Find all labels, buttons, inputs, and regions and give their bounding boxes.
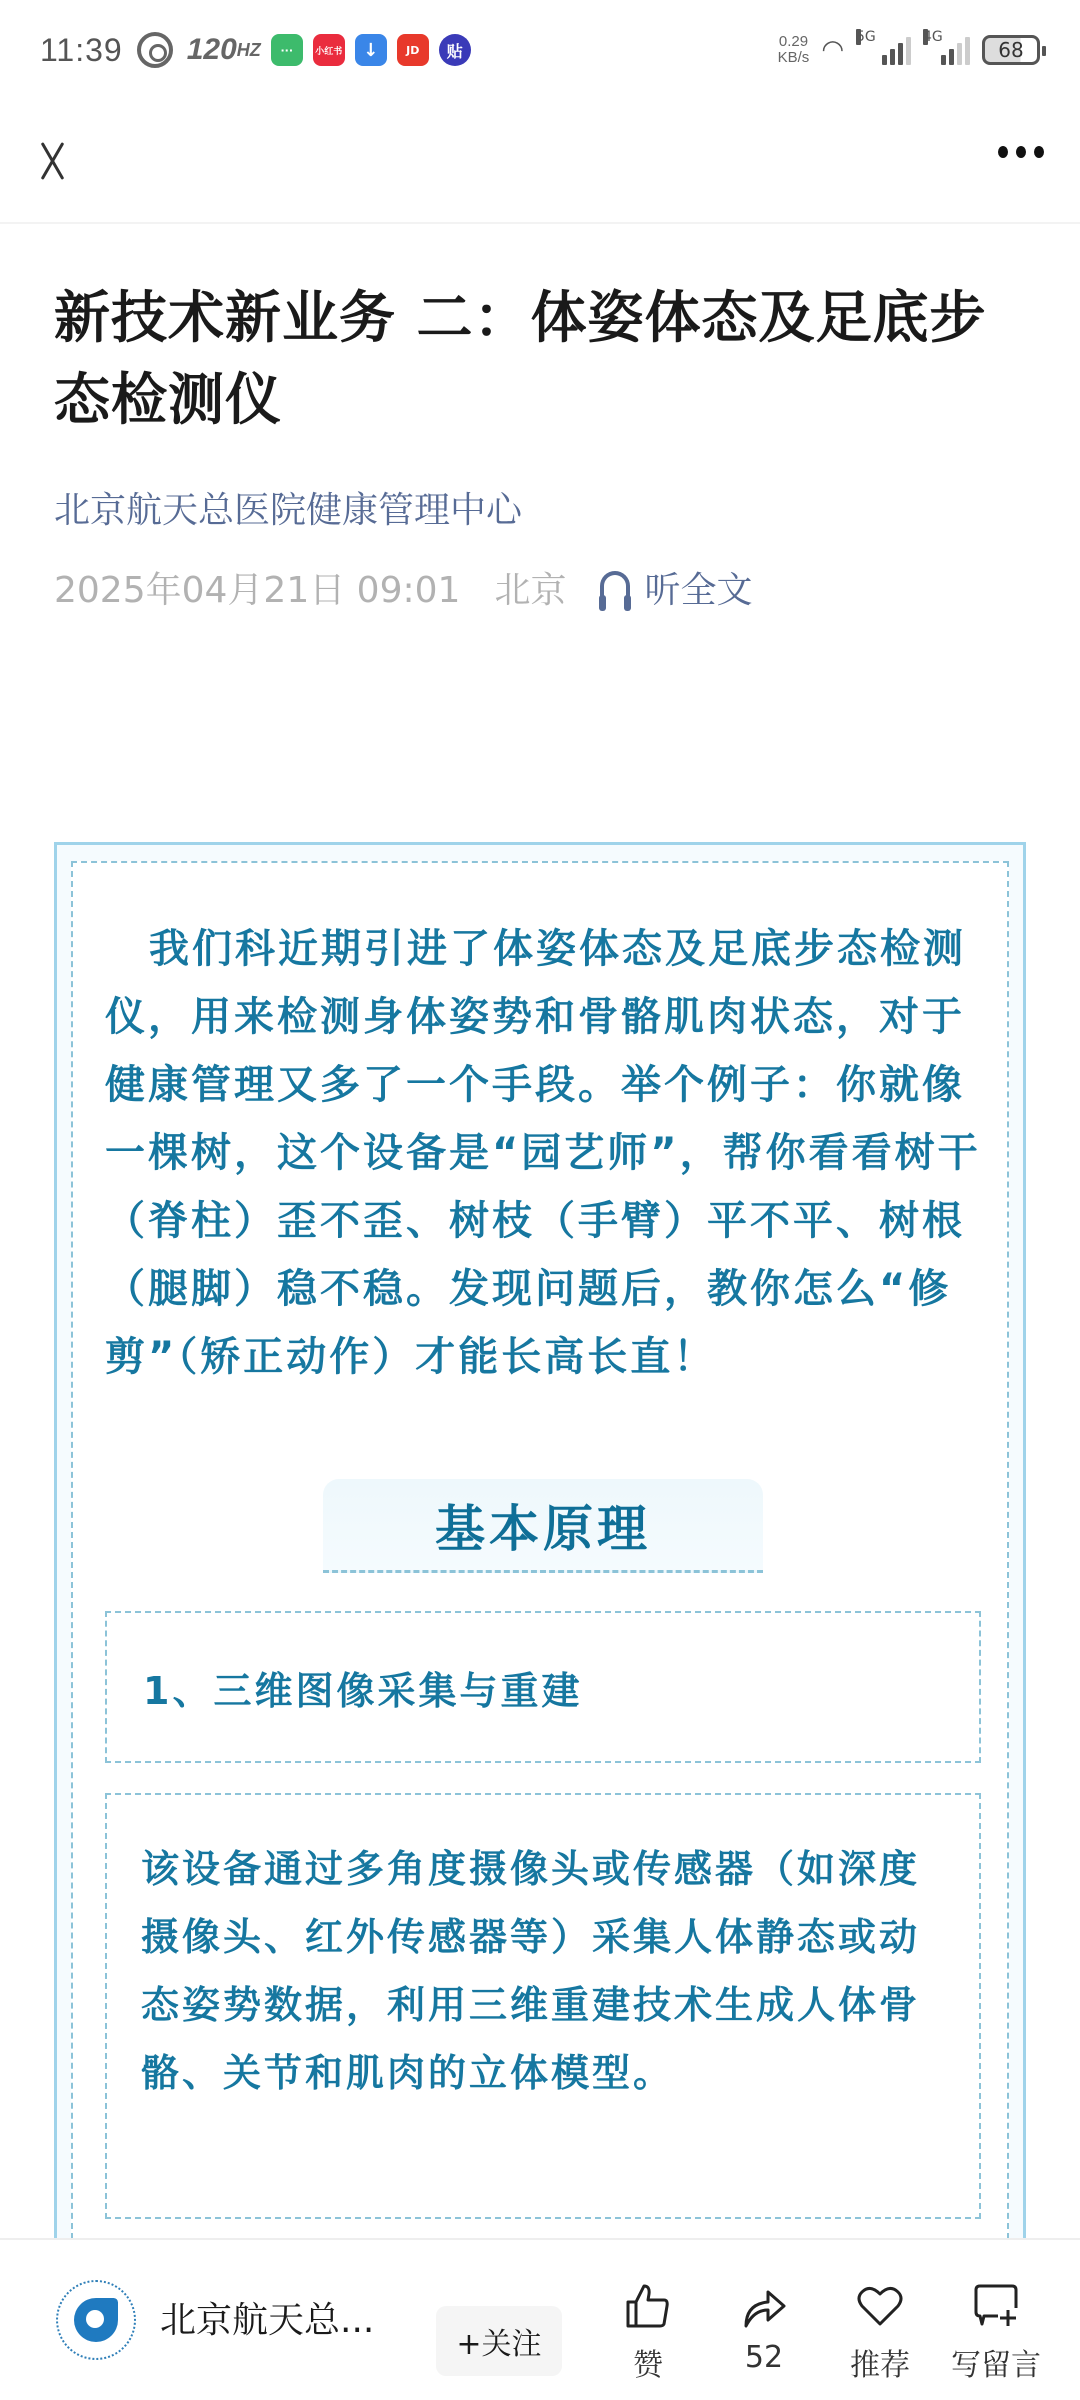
battery-icon: 68 bbox=[982, 35, 1040, 65]
article-meta: 2025年04月21日 09:01 北京 听全文 bbox=[54, 562, 752, 613]
network-speed: 0.29 KB/s bbox=[778, 34, 810, 66]
account-name[interactable]: 北京航天总... bbox=[160, 2292, 374, 2343]
content-card: 我们科近期引进了体姿体态及足底步态检测仪，用来检测身体姿势和骨骼肌肉状态，对于健… bbox=[54, 842, 1026, 2262]
subsection-body: 该设备通过多角度摄像头或传感器（如深度摄像头、红外传感器等）采集人体静态或动态姿… bbox=[105, 1793, 981, 2219]
comment-add-icon bbox=[970, 2280, 1022, 2332]
publish-location: 北京 bbox=[494, 562, 566, 613]
comment-button[interactable]: 写留言 bbox=[938, 2280, 1054, 2384]
xiaohongshu-app-icon: 小红书 bbox=[313, 34, 345, 66]
intro-paragraph: 我们科近期引进了体姿体态及足底步态检测仪，用来检测身体姿势和骨骼肌肉状态，对于健… bbox=[105, 915, 985, 1391]
headphone-icon bbox=[600, 571, 630, 605]
like-button[interactable]: 赞 bbox=[590, 2280, 706, 2384]
download-app-icon: ↓ bbox=[355, 34, 387, 66]
signal-4g-icon: 4G bbox=[923, 35, 970, 65]
subsection-title: 1、三维图像采集与重建 bbox=[105, 1611, 981, 1763]
content-card-inner: 我们科近期引进了体姿体态及足底步态检测仪，用来检测身体姿势和骨骼肌肉状态，对于健… bbox=[71, 861, 1009, 2269]
status-right: 0.29 KB/s ◠ 5G 4G 68 bbox=[778, 0, 1040, 100]
refresh-rate: 120HZ bbox=[187, 33, 261, 67]
fan-icon bbox=[137, 32, 173, 68]
bottom-bar: 北京航天总... +关注 赞 52 推荐 写留言 bbox=[0, 2238, 1080, 2400]
section-title: 基本原理 bbox=[323, 1479, 763, 1573]
article-title: 新技术新业务 二：体姿体态及足底步态检测仪 bbox=[54, 278, 1014, 442]
tieba-app-icon: 贴 bbox=[439, 34, 471, 66]
publish-date: 2025年04月21日 09:01 bbox=[54, 562, 460, 613]
close-icon[interactable] bbox=[30, 138, 76, 184]
action-bar: 赞 52 推荐 写留言 bbox=[590, 2280, 1054, 2384]
heart-icon bbox=[854, 2280, 906, 2332]
more-options-icon[interactable] bbox=[998, 146, 1044, 158]
listen-button[interactable]: 听全文 bbox=[600, 562, 752, 613]
status-bar: 11:39 120HZ ··· 小红书 ↓ JD 贴 0.29 KB/s ◠ 5… bbox=[0, 0, 1080, 100]
recommend-button[interactable]: 推荐 bbox=[822, 2280, 938, 2384]
wifi-icon: ◠ bbox=[821, 35, 844, 65]
clock: 11:39 bbox=[40, 32, 123, 69]
messages-app-icon: ··· bbox=[271, 34, 303, 66]
share-button[interactable]: 52 bbox=[706, 2280, 822, 2384]
author-link[interactable]: 北京航天总医院健康管理中心 bbox=[54, 482, 522, 533]
account-avatar[interactable] bbox=[56, 2280, 136, 2360]
jd-app-icon: JD bbox=[397, 34, 429, 66]
share-icon bbox=[738, 2280, 790, 2332]
signal-5g-icon: 5G bbox=[856, 35, 911, 65]
hospital-logo-icon bbox=[74, 2298, 118, 2342]
thumbs-up-icon bbox=[622, 2280, 674, 2332]
listen-label: 听全文 bbox=[644, 562, 752, 613]
top-nav bbox=[0, 100, 1080, 224]
follow-button[interactable]: +关注 bbox=[436, 2306, 562, 2376]
